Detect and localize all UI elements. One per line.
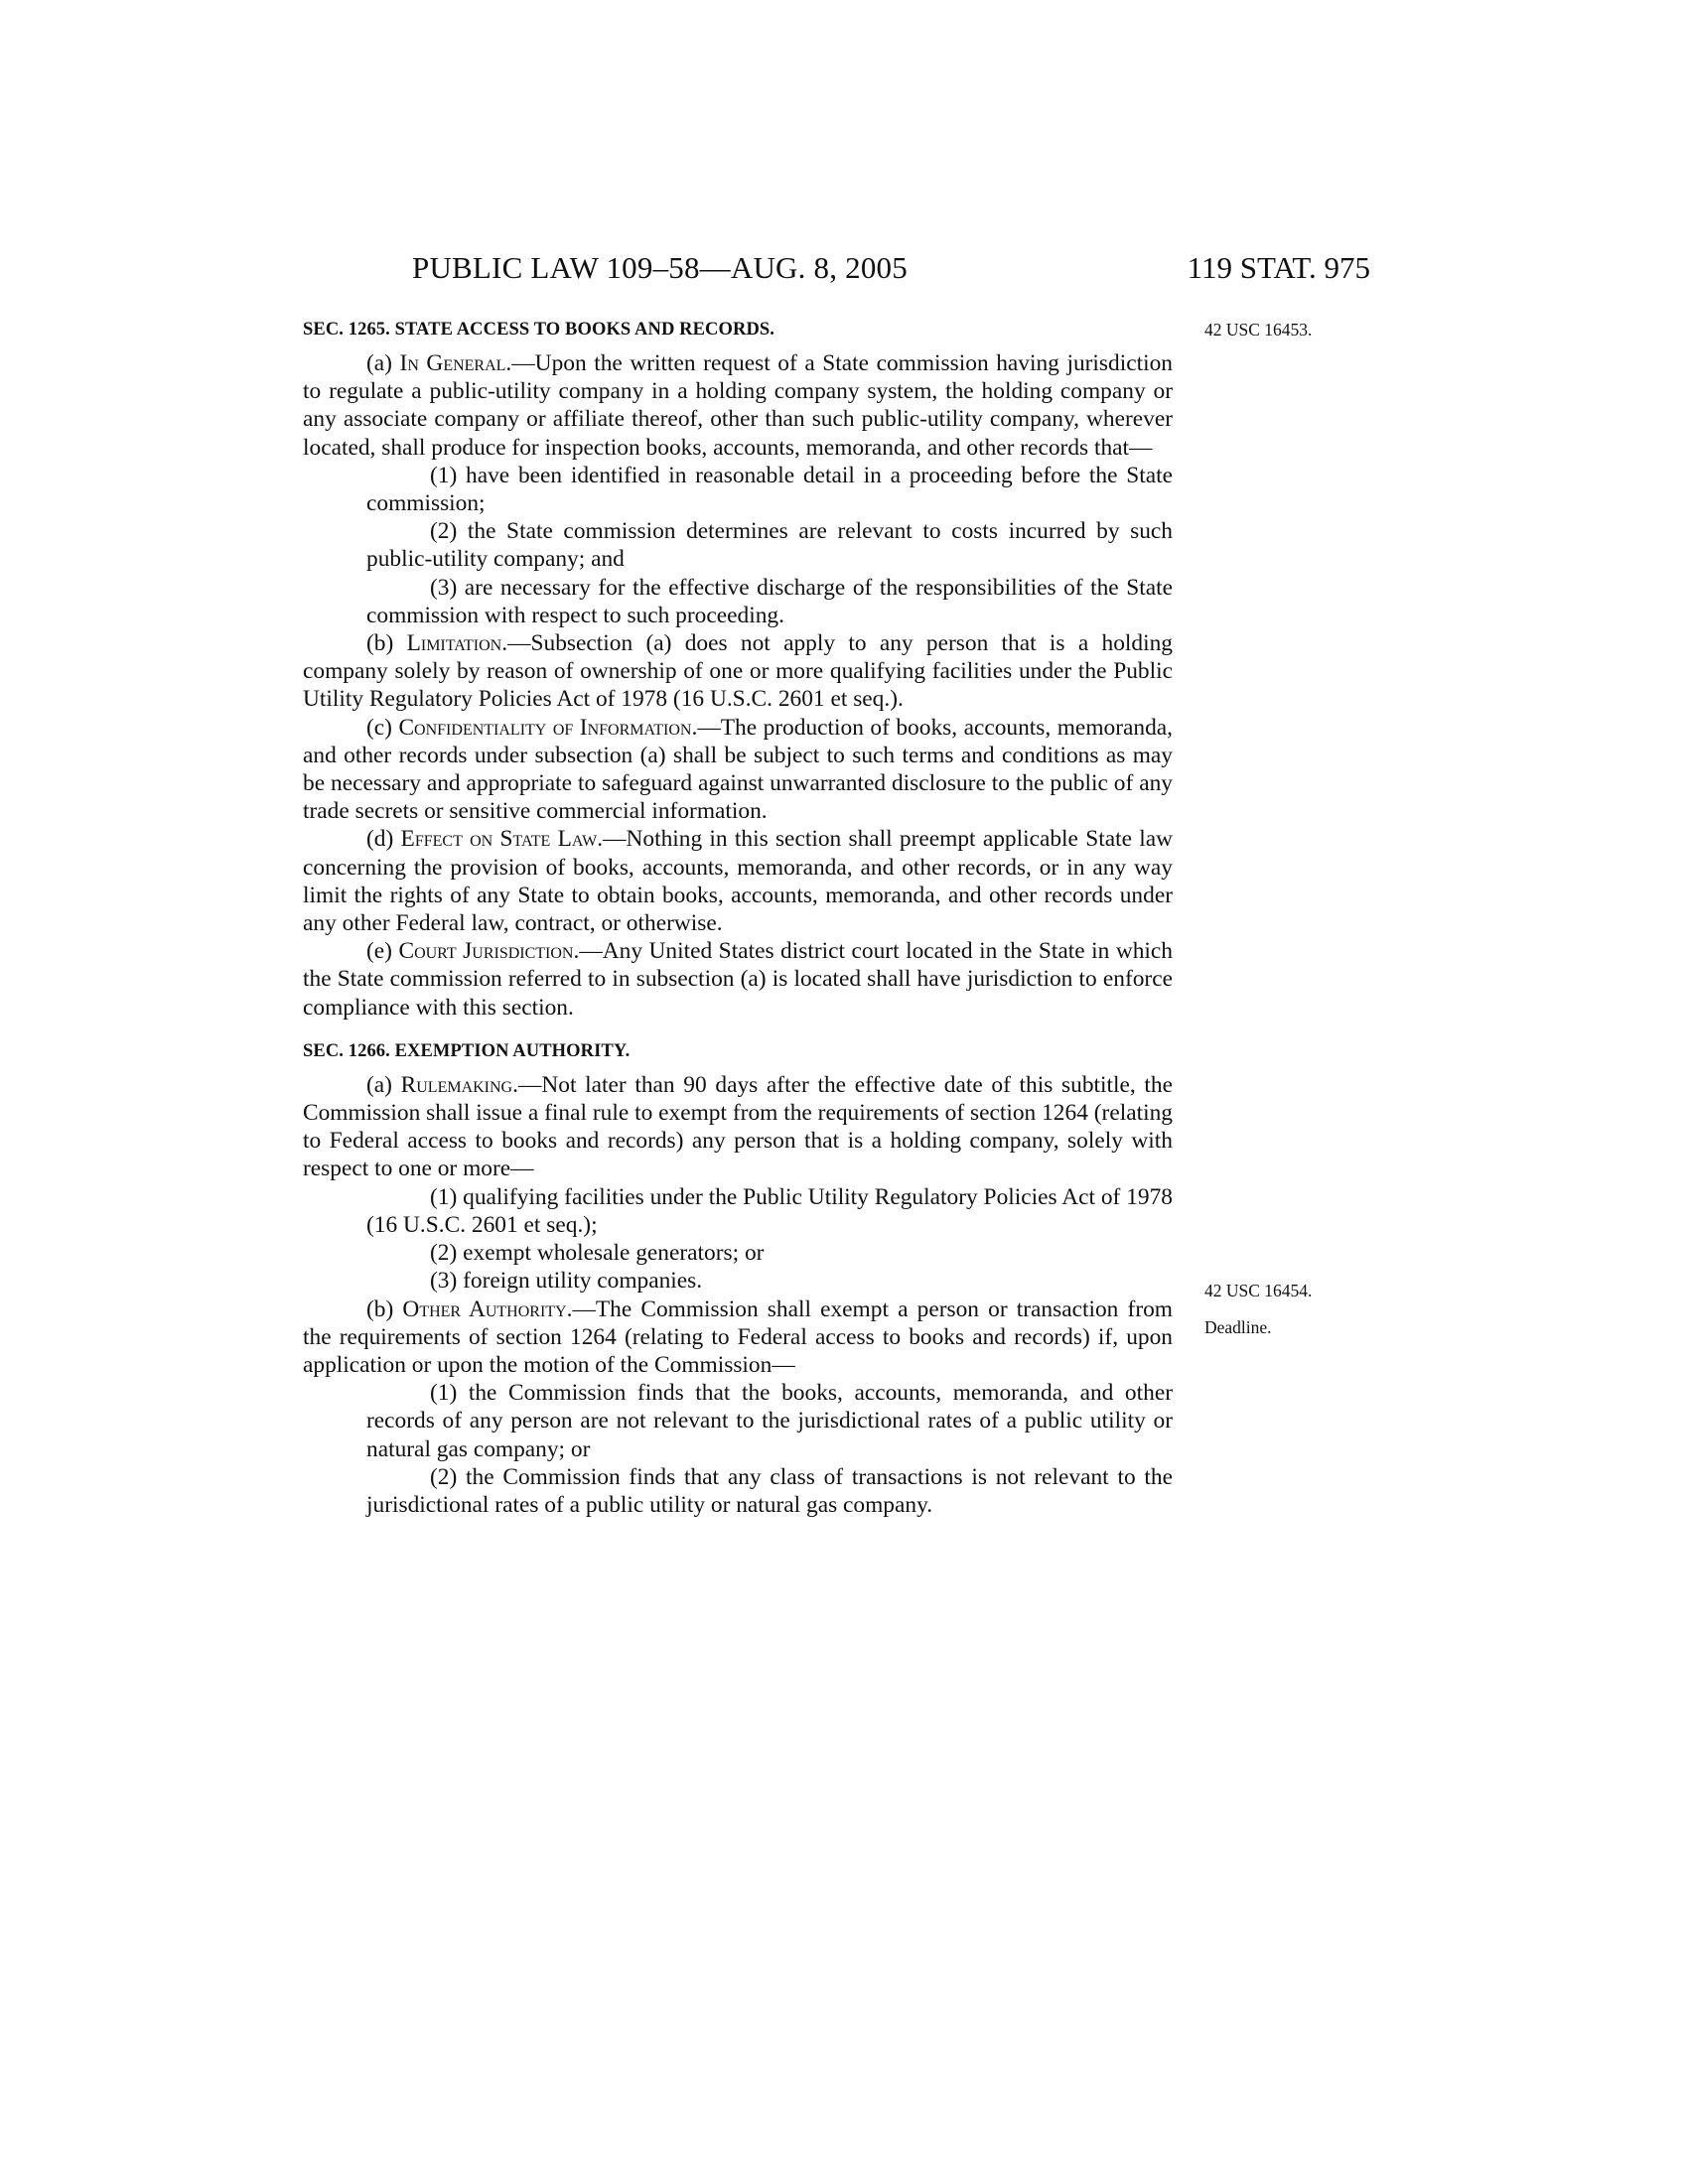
document-page: PUBLIC LAW 109–58—AUG. 8, 2005 119 STAT.…	[0, 0, 1688, 2184]
subsection-1265-d: (d) Effect on State Law.—Nothing in this…	[303, 825, 1173, 937]
subsection-heading: Effect on State Law.	[401, 826, 604, 852]
paragraph-1265-a-3: (3) are necessary for the effective disc…	[366, 574, 1173, 629]
subsection-1266-b: (b) Other Authority.—The Commission shal…	[303, 1296, 1173, 1380]
subsection-label: (a)	[366, 350, 400, 376]
margin-note-usc-16454: 42 USC 16454.	[1204, 1280, 1312, 1301]
subsection-heading: In General.	[400, 350, 512, 376]
subsection-heading: Other Authority.	[402, 1297, 572, 1322]
public-law-title: PUBLIC LAW 109–58—AUG. 8, 2005	[412, 250, 908, 286]
subsection-label: (e)	[366, 938, 398, 964]
subsection-1265-b: (b) Limitation.—Subsection (a) does not …	[303, 629, 1173, 714]
subsection-1266-a: (a) Rulemaking.—Not later than 90 days a…	[303, 1071, 1173, 1183]
subsection-heading: Limitation.	[407, 630, 508, 656]
section-spacer	[303, 1022, 1173, 1037]
paragraph-1266-a-3: (3) foreign utility companies.	[366, 1267, 1173, 1295]
section-heading-1266: SEC. 1266. EXEMPTION AUTHORITY.	[303, 1037, 1173, 1065]
subsection-heading: Confidentiality of Information.	[398, 715, 697, 741]
subsection-1265-a: (a) In General.—Upon the written request…	[303, 349, 1173, 462]
subsection-1265-c: (c) Confidentiality of Information.—The …	[303, 714, 1173, 826]
paragraph-1265-a-1: (1) have been identified in reasonable d…	[366, 462, 1173, 517]
subsection-label: (b)	[366, 1297, 402, 1322]
subsection-heading: Rulemaking.	[401, 1072, 518, 1098]
subsection-label: (b)	[366, 630, 407, 656]
margin-note-usc-16453: 42 USC 16453.	[1204, 319, 1312, 341]
paragraph-1266-b-2: (2) the Commission finds that any class …	[366, 1463, 1173, 1519]
subsection-label: (c)	[366, 715, 398, 741]
running-head: PUBLIC LAW 109–58—AUG. 8, 2005 119 STAT.…	[303, 250, 1370, 290]
paragraph-1265-a-2: (2) the State commission determines are …	[366, 517, 1173, 573]
paragraph-1266-a-1: (1) qualifying facilities under the Publ…	[366, 1183, 1173, 1239]
paragraph-1266-b-1: (1) the Commission finds that the books,…	[366, 1379, 1173, 1463]
statute-page-number: 119 STAT. 975	[1188, 250, 1370, 286]
subsection-1265-e: (e) Court Jurisdiction.—Any United State…	[303, 937, 1173, 1022]
section-heading-1265: SEC. 1265. STATE ACCESS TO BOOKS AND REC…	[303, 316, 1173, 343]
subsection-label: (a)	[366, 1072, 401, 1098]
subsection-label: (d)	[366, 826, 401, 852]
margin-note-deadline: Deadline.	[1204, 1316, 1272, 1338]
subsection-heading: Court Jurisdiction.	[398, 938, 579, 964]
paragraph-1266-a-2: (2) exempt wholesale generators; or	[366, 1239, 1173, 1267]
body-text: SEC. 1265. STATE ACCESS TO BOOKS AND REC…	[303, 316, 1173, 1519]
